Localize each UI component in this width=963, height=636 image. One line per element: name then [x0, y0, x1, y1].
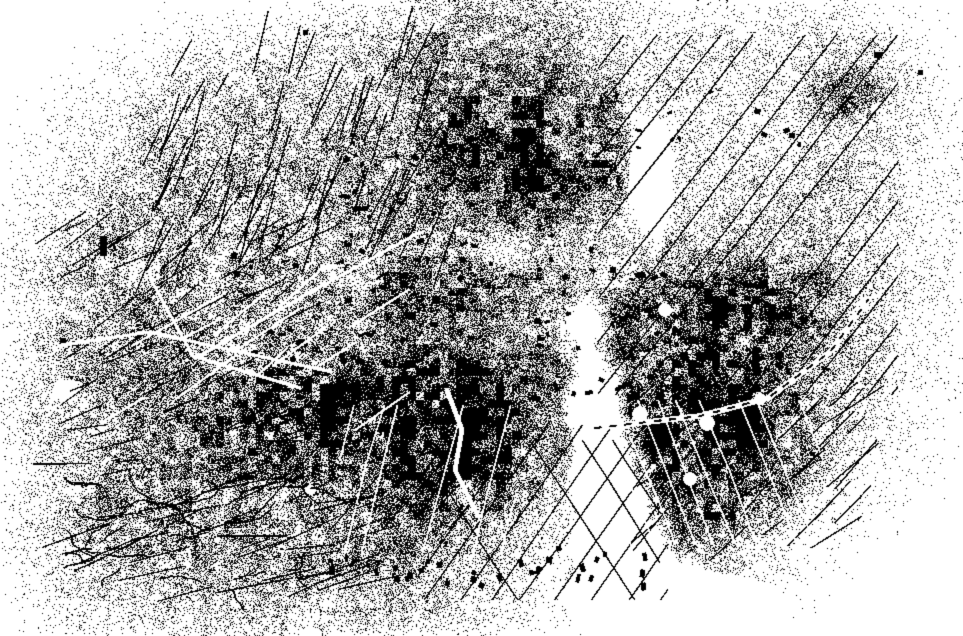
- aerial-photo-page: [0, 0, 963, 636]
- aerial-photo-canvas: [0, 0, 963, 636]
